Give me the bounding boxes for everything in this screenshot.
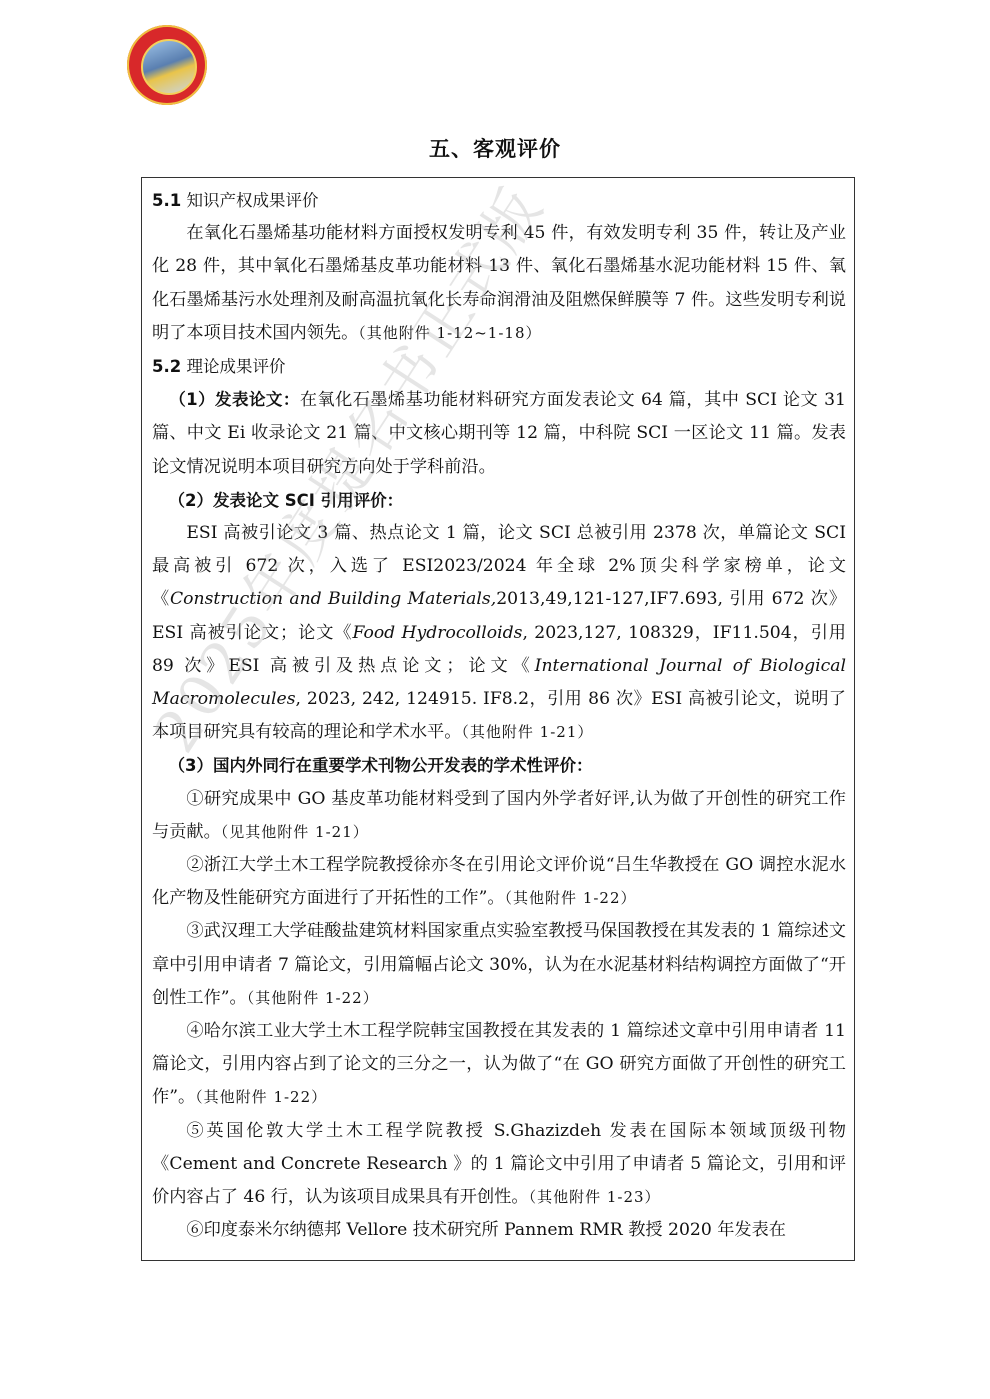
section-5-1-heading: 5.1 知识产权成果评价 xyxy=(152,184,846,217)
item-text: ⑥印度泰米尔纳德邦 Vellore 技术研究所 Pannem RMR 教授 20… xyxy=(186,1220,786,1240)
attachment-ref: （其他附件 1-22） xyxy=(505,889,637,907)
subsection-label: （1）发表论文： xyxy=(169,390,300,409)
attachment-ref: （见其他附件 1-21） xyxy=(221,823,369,841)
journal-name: Construction and Building Materials, xyxy=(170,589,496,609)
peer-evaluation-item: ④哈尔滨工业大学土木工程学院韩宝国教授在其发表的 1 篇综述文章中引用申请者 1… xyxy=(152,1015,846,1115)
journal-name: Food Hydrocolloids xyxy=(352,623,522,643)
section-title: 理论成果评价 xyxy=(186,357,285,376)
attachment-ref: （其他附件 1-22） xyxy=(195,1088,327,1106)
evaluation-content: 5.1 知识产权成果评价 在氧化石墨烯基功能材料方面授权发明专利 45 件，有效… xyxy=(152,184,846,1248)
peer-evaluation-item: ②浙江大学土木工程学院教授徐亦冬在引用论文评价说“吕生华教授在 GO 调控水泥水… xyxy=(152,849,846,915)
section-number: 5.1 xyxy=(152,191,181,210)
peer-evaluation-heading: （3）国内外同行在重要学术刊物公开发表的学术性评价： xyxy=(152,749,846,782)
seal-emblem-icon xyxy=(141,39,197,95)
attachment-ref: （其他附件 1-21） xyxy=(461,723,593,741)
ip-evaluation-paragraph: 在氧化石墨烯基功能材料方面授权发明专利 45 件，有效发明专利 35 件，转让及… xyxy=(152,217,846,350)
peer-evaluation-item: ⑤英国伦敦大学土木工程学院教授 S.Ghazizdeh 发表在国际本领域顶级刊物… xyxy=(152,1115,846,1215)
section-number: 5.2 xyxy=(152,357,181,376)
item-text: ②浙江大学土木工程学院教授徐亦冬在引用论文评价说“吕生华教授在 GO 调控水泥水… xyxy=(152,855,846,908)
sci-citation-heading: （2）发表论文 SCI 引用评价： xyxy=(152,484,846,517)
attachment-ref: （其他附件 1-12~1-18） xyxy=(358,324,541,342)
peer-evaluation-item: ①研究成果中 GO 基皮革功能材料受到了国内外学者好评,认为做了开创性的研究工作… xyxy=(152,783,846,849)
section-5-2-heading: 5.2 理论成果评价 xyxy=(152,350,846,383)
published-papers-paragraph: （1）发表论文：在氧化石墨烯基功能材料研究方面发表论文 64 篇，其中 SCI … xyxy=(152,383,846,484)
sci-citation-paragraph: ESI 高被引论文 3 篇、热点论文 1 篇，论文 SCI 总被引用 2378 … xyxy=(152,517,846,749)
page-title: 五、客观评价 xyxy=(0,133,990,163)
attachment-ref: （其他附件 1-23） xyxy=(529,1188,661,1206)
attachment-ref: （其他附件 1-22） xyxy=(247,989,379,1007)
organization-seal-logo xyxy=(127,25,207,105)
peer-evaluation-item: ⑥印度泰米尔纳德邦 Vellore 技术研究所 Pannem RMR 教授 20… xyxy=(152,1214,846,1247)
item-text: ⑤英国伦敦大学土木工程学院教授 S.Ghazizdeh 发表在国际本领域顶级刊物… xyxy=(152,1121,846,1207)
peer-evaluation-item: ③武汉理工大学硅酸盐建筑材料国家重点实验室教授马保国教授在其发表的 1 篇综述文… xyxy=(152,915,846,1015)
section-title: 知识产权成果评价 xyxy=(186,191,318,210)
evaluation-table: 5.1 知识产权成果评价 在氧化石墨烯基功能材料方面授权发明专利 45 件，有效… xyxy=(141,177,855,1261)
